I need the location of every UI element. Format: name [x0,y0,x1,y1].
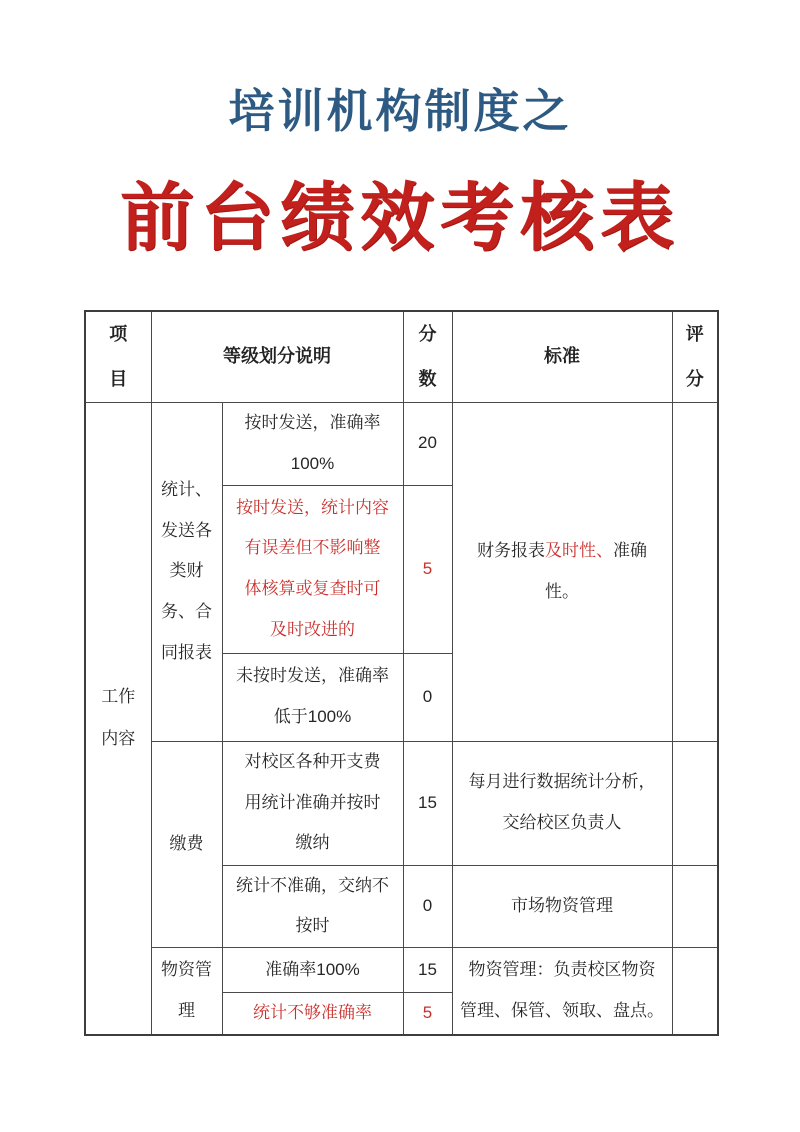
page-subtitle: 前台绩效考核表 [0,171,800,265]
score-cell: 20 [403,403,452,486]
performance-review-table: 项目 等级划分说明 分数 标准 评分 工作内容 统计、发送各类财务、合同报表 按… [84,310,719,1036]
col-header-rating: 评分 [672,311,718,403]
document-page: 培训机构制度之 前台绩效考核表 项目 等级划分说明 分数 标准 评分 工作内容 … [0,0,800,1132]
col-header-standard: 标准 [452,311,672,403]
item-cell: 工作内容 [85,403,151,1035]
rating-cell [672,948,718,1035]
desc-cell: 按时发送，准确率 100% [222,403,403,486]
desc-cell: 统计不准确，交纳不 按时 [222,865,403,948]
desc-cell: 未按时发送，准确率 低于100% [222,653,403,741]
rating-cell [672,865,718,948]
category-label: 统计、发送各类财务、合同报表 [159,470,213,674]
standard-text-red: 及时性、 [545,541,613,560]
score-cell: 15 [403,741,452,865]
item-label: 工作内容 [100,676,137,761]
category-label: 物资管理 [159,950,213,1032]
table-row: 工作内容 统计、发送各类财务、合同报表 按时发送，准确率 100% 20 财务报… [85,403,718,486]
rating-cell [672,403,718,742]
category-cell-finance-reports: 统计、发送各类财务、合同报表 [151,403,222,742]
score-cell: 0 [403,653,452,741]
col-header-grade-desc: 等级划分说明 [151,311,403,403]
desc-cell: 统计不够准确率 [222,993,403,1035]
standard-cell-monthly-stats: 每月进行数据统计分析， 交给校区负责人 [452,741,672,865]
standard-text-black: 财务报表 [477,541,545,560]
category-cell-payment: 缴费 [151,741,222,948]
table-header-row: 项目 等级划分说明 分数 标准 评分 [85,311,718,403]
col-header-rating-label: 评分 [683,312,706,402]
table-row: 物资管理 准确率100% 15 物资管理：负责校区物资 管理、保管、领取、盘点。 [85,948,718,993]
rating-cell [672,741,718,865]
standard-cell-finance: 财务报表及时性、准确 性。 [452,403,672,742]
col-header-item: 项目 [85,311,151,403]
col-header-score-label: 分数 [416,312,439,402]
col-header-item-label: 项目 [107,312,130,402]
standard-cell-materials-mgmt: 物资管理：负责校区物资 管理、保管、领取、盘点。 [452,948,672,1035]
score-cell: 15 [403,948,452,993]
page-title: 培训机构制度之 [0,83,800,139]
category-cell-materials: 物资管理 [151,948,222,1035]
desc-cell: 按时发送，统计内容 有误差但不影响整 体核算或复查时可 及时改进的 [222,485,403,653]
standard-cell-market-materials: 市场物资管理 [452,865,672,948]
desc-cell: 准确率100% [222,948,403,993]
table-row: 缴费 对校区各种开支费 用统计准确并按时 缴纳 15 每月进行数据统计分析， 交… [85,741,718,865]
desc-cell: 对校区各种开支费 用统计准确并按时 缴纳 [222,741,403,865]
score-cell: 5 [403,485,452,653]
col-header-score: 分数 [403,311,452,403]
score-cell: 5 [403,993,452,1035]
score-cell: 0 [403,865,452,948]
